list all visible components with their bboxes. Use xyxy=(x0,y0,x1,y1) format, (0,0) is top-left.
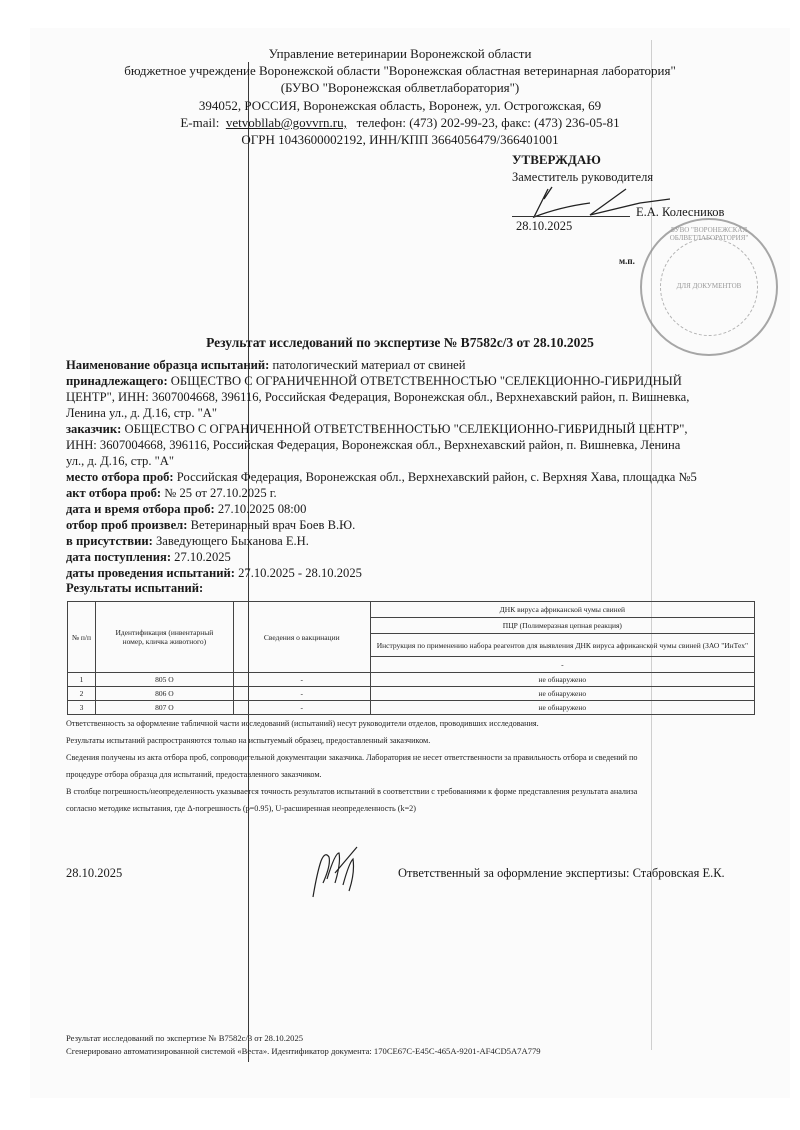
cell-id: 805 О xyxy=(95,673,233,687)
header-identification: Идентификация (инвентарный номер, кличка… xyxy=(95,602,233,673)
field-sampled-by: отбор проб произвел: Ветеринарный врач Б… xyxy=(66,517,355,533)
field-sampling-datetime: дата и время отбора проб: 27.10.2025 08:… xyxy=(66,501,306,517)
note: Сведения получены из акта отбора проб, с… xyxy=(66,749,638,766)
field-customer: заказчик: ОБЩЕСТВО С ОГРАНИЧЕННОЙ ОТВЕТС… xyxy=(66,421,688,437)
approval-title: УТВЕРЖДАЮ xyxy=(512,152,601,168)
document-title: Результат исследований по экспертизе № В… xyxy=(0,335,800,351)
header-num: № п/п xyxy=(68,602,96,673)
note: процедуре отбора образца для испытаний, … xyxy=(66,766,322,783)
header-institution: бюджетное учреждение Воронежской области… xyxy=(0,63,800,79)
field-test-dates: даты проведения испытаний: 27.10.2025 - … xyxy=(66,565,362,581)
field-received-date: дата поступления: 27.10.2025 xyxy=(66,549,231,565)
cell-vaccination: - xyxy=(233,701,370,715)
cell-result: не обнаружено xyxy=(370,701,754,715)
note: Ответственность за оформление табличной … xyxy=(66,715,539,732)
results-heading: Результаты испытаний: xyxy=(66,580,203,596)
header-vaccination: Сведения о вакцинации xyxy=(233,602,370,673)
approval-date: 28.10.2025 xyxy=(516,219,572,234)
header-normative-doc: Инструкция по применению набора реагенто… xyxy=(370,634,754,657)
header-ministry: Управление ветеринарии Воронежской облас… xyxy=(0,46,800,62)
field-in-presence: в присутствии: Заведующего Быханова Е.Н. xyxy=(66,533,309,549)
field-owner: принадлежащего: ОБЩЕСТВО С ОГРАНИЧЕННОЙ … xyxy=(66,373,682,389)
table-row: 2 806 О - не обнаружено xyxy=(68,687,755,701)
scan-artifact-line xyxy=(248,62,249,1062)
signoff-date: 28.10.2025 xyxy=(66,866,122,881)
seal-center-text: ДЛЯ ДОКУМЕНТОВ xyxy=(642,282,776,290)
signature-icon xyxy=(305,843,365,901)
table-row: 1 805 О - не обнаружено xyxy=(68,673,755,687)
phones: телефон: (473) 202-99-23, факс: (473) 23… xyxy=(357,115,620,130)
cell-result: не обнаружено xyxy=(370,687,754,701)
email-link[interactable]: vetvobllab@govvrn.ru, xyxy=(226,115,347,130)
header-address: 394052, РОССИЯ, Воронежская область, Вор… xyxy=(0,98,800,114)
field-customer-cont: ИНН: 3607004668, 396116, Российская Феде… xyxy=(66,437,680,453)
header-indicator: ДНК вируса африканской чумы свиней xyxy=(370,602,754,618)
seal-label: м.п. xyxy=(619,256,635,266)
footer-reference: Результат исследований по экспертизе № В… xyxy=(66,1032,303,1044)
note: В столбце погрешность/неопределенность у… xyxy=(66,783,637,800)
table-row: 3 807 О - не обнаружено xyxy=(68,701,755,715)
email-label: E-mail: xyxy=(180,115,219,130)
cell-id: 807 О xyxy=(95,701,233,715)
cell-num: 1 xyxy=(68,673,96,687)
header-contacts: E-mail: vetvobllab@govvrn.ru, телефон: (… xyxy=(0,115,800,131)
field-owner-cont: Ленина ул., д. Д.16, стр. "А" xyxy=(66,405,217,421)
header-short-name: (БУВО "Воронежская облветлаборатория") xyxy=(0,80,800,96)
cell-vaccination: - xyxy=(233,673,370,687)
footer-generated-by: Сгенерировано автоматизированной системо… xyxy=(66,1045,541,1057)
seal-ring-text: БУВО "ВОРОНЕЖСКАЯ ОБЛВЕТЛАБОРАТОРИЯ" xyxy=(642,226,776,242)
header-method: ПЦР (Полимеразная цепная реакция) xyxy=(370,618,754,634)
signature-line xyxy=(512,216,630,217)
field-sampling-place: место отбора проб: Российская Федерация,… xyxy=(66,469,697,485)
field-customer-cont: ул., д. Д.16, стр. "А" xyxy=(66,453,174,469)
cell-num: 2 xyxy=(68,687,96,701)
cell-id: 806 О xyxy=(95,687,233,701)
cell-num: 3 xyxy=(68,701,96,715)
field-owner-cont: ЦЕНТР", ИНН: 3607004668, 396116, Российс… xyxy=(66,389,689,405)
header-registration: ОГРН 1043600002192, ИНН/КПП 3664056479/3… xyxy=(0,132,800,148)
results-table: № п/п Идентификация (инвентарный номер, … xyxy=(67,601,755,715)
cell-vaccination: - xyxy=(233,687,370,701)
header-unit: - xyxy=(370,657,754,673)
cell-result: не обнаружено xyxy=(370,673,754,687)
field-sample-name: Наименование образца испытаний: патологи… xyxy=(66,357,466,373)
responsible-person: Ответственный за оформление экспертизы: … xyxy=(398,866,725,881)
note: Результаты испытаний распространяются то… xyxy=(66,732,430,749)
table-header-row: № п/п Идентификация (инвентарный номер, … xyxy=(68,602,755,618)
field-sampling-act: акт отбора проб: № 25 от 27.10.2025 г. xyxy=(66,485,277,501)
note: согласно методике испытания, где Δ-погре… xyxy=(66,800,416,817)
